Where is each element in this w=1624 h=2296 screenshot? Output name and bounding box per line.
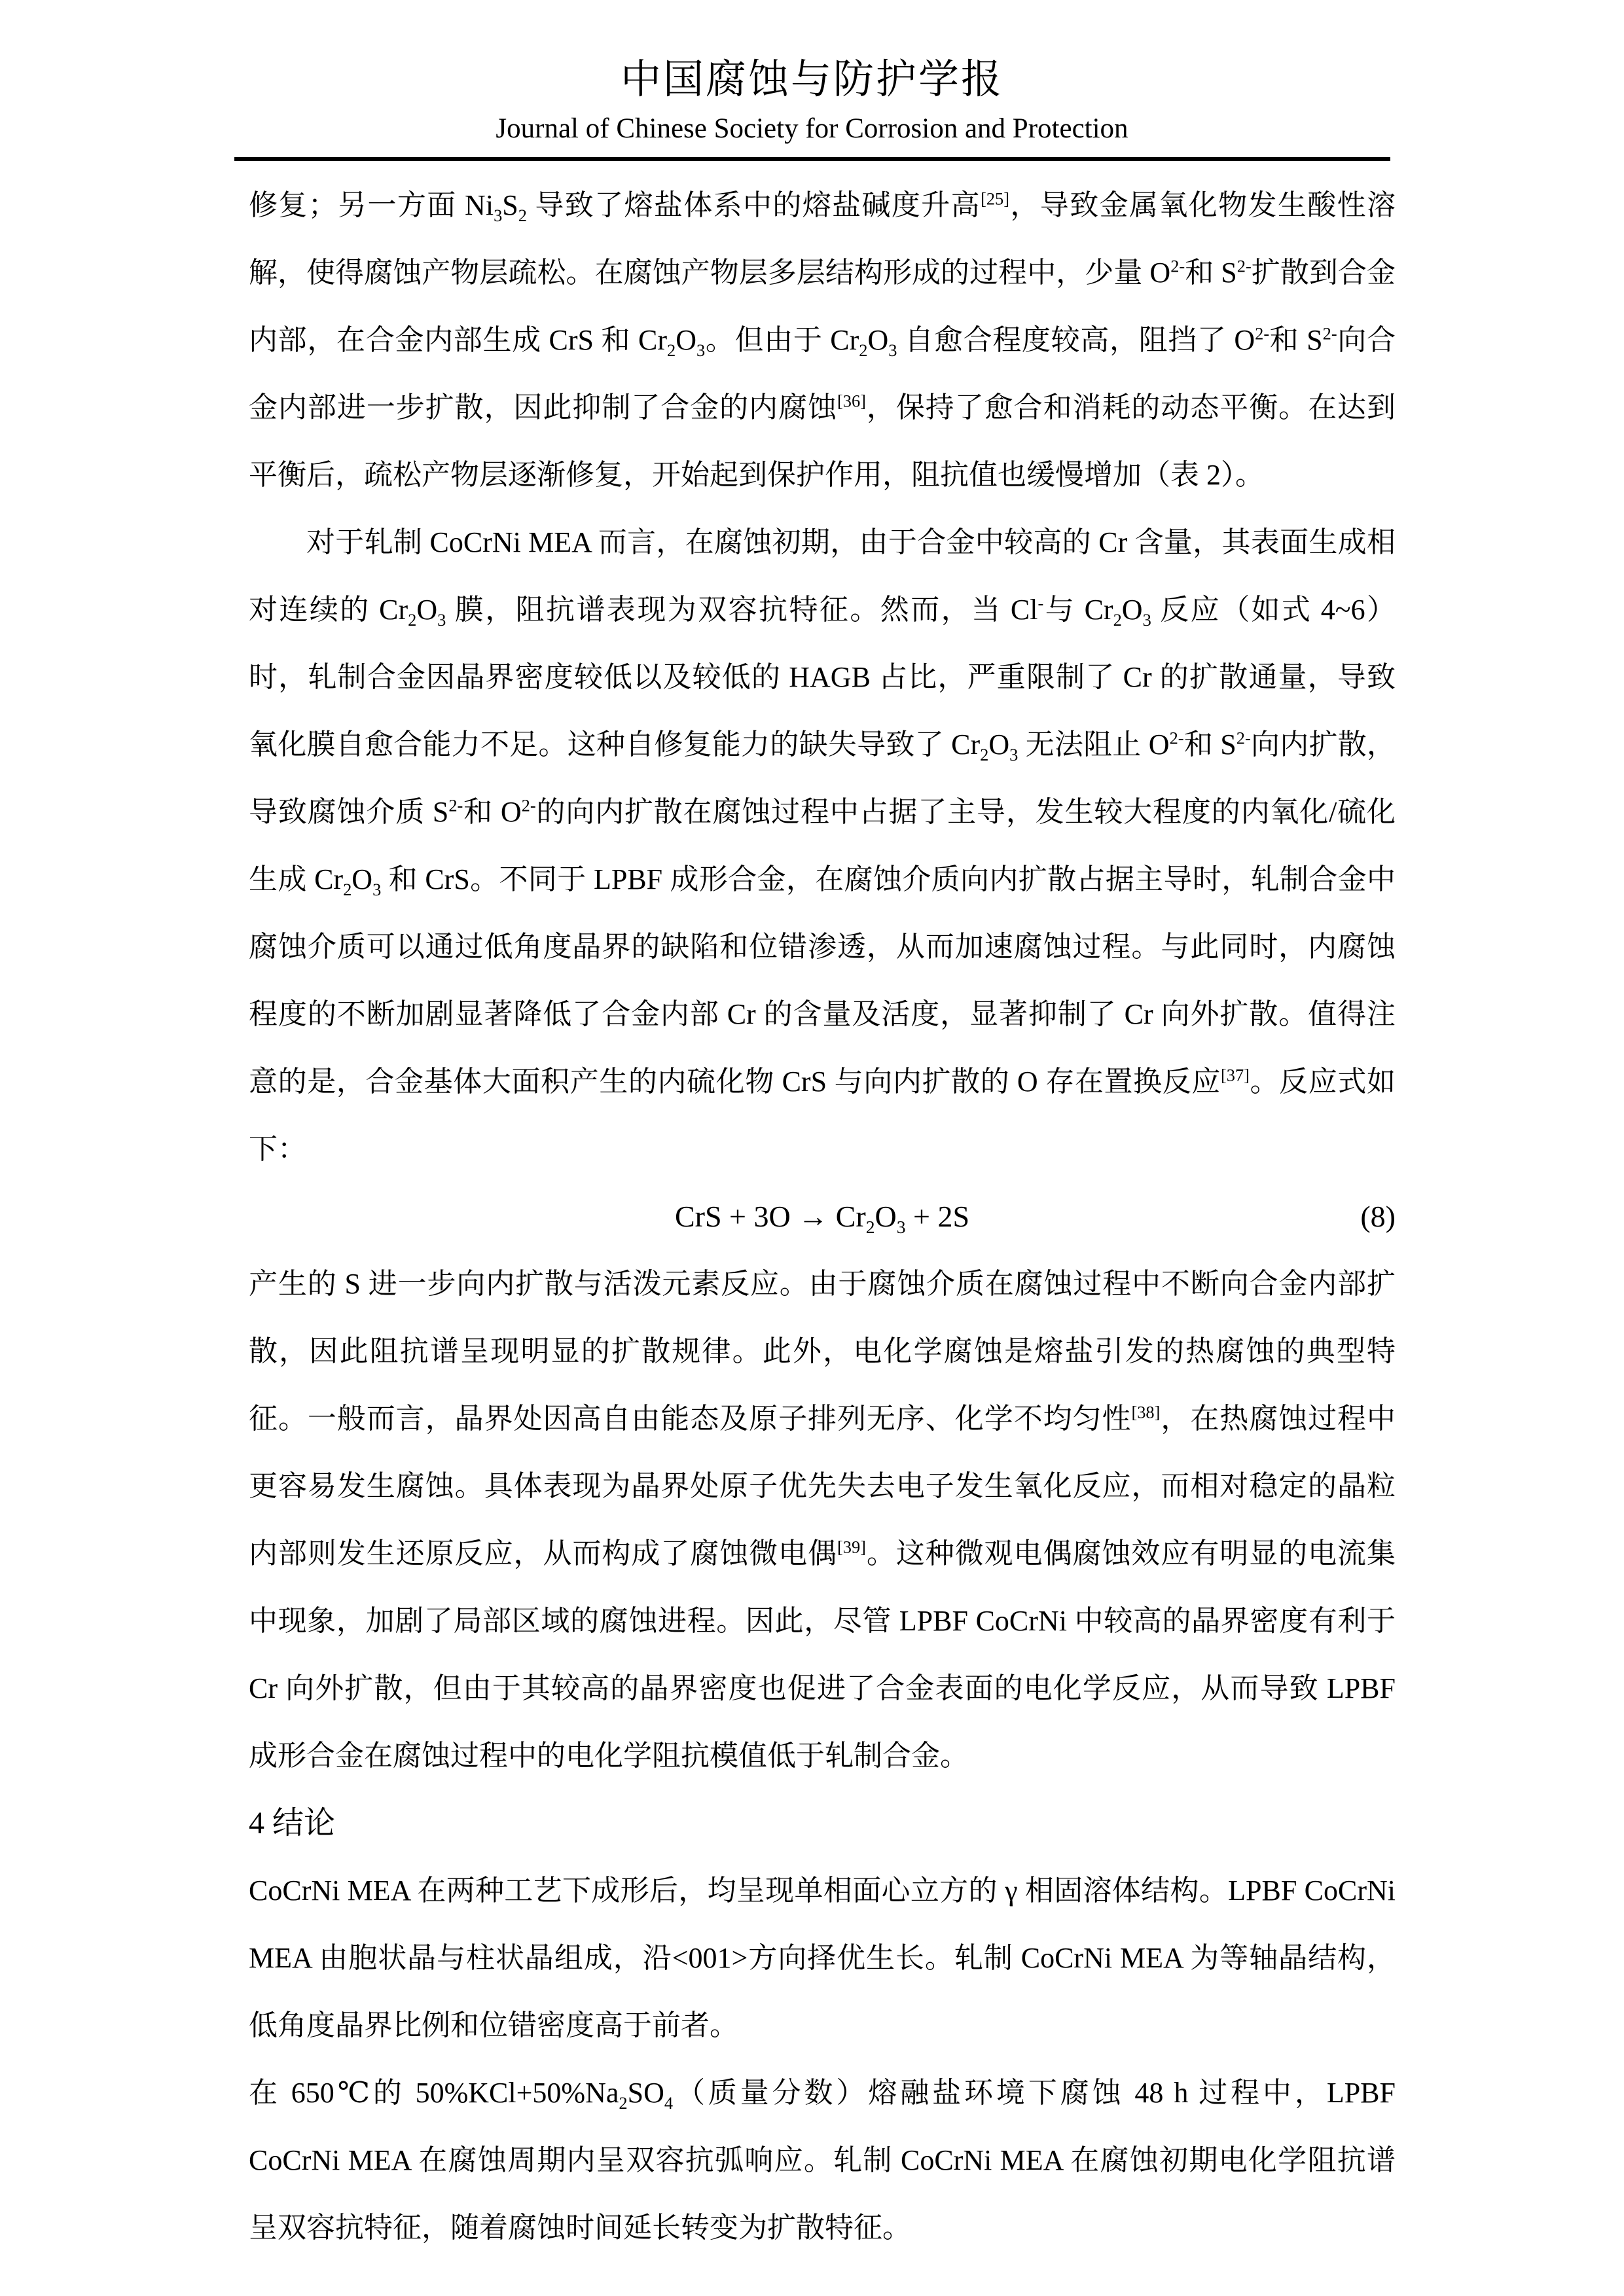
equation-8-number: (8) (1360, 1183, 1396, 1250)
paragraph-discussion-2: 对于轧制 CoCrNi MEA 而言，在腐蚀初期，由于合金中较高的 Cr 含量，… (249, 509, 1396, 1183)
journal-header: 中国腐蚀与防护学报 Journal of Chinese Society for… (0, 0, 1624, 161)
journal-title-zh: 中国腐蚀与防护学报 (0, 54, 1624, 106)
paragraph-conclusion-1: CoCrNi MEA 在两种工艺下成形后，均呈现单相面心立方的 γ 相固溶体结构… (249, 1857, 1396, 2059)
equation-8-line: CrS + 3O → Cr2O3 + 2S (8) (249, 1183, 1396, 1250)
header-rule (234, 157, 1390, 161)
section-heading-conclusion: 4 结论 (249, 1789, 1396, 1857)
journal-title-en: Journal of Chinese Society for Corrosion… (0, 111, 1624, 147)
journal-manuscript-page: 中国腐蚀与防护学报 Journal of Chinese Society for… (0, 0, 1624, 2296)
manuscript-body: 修复；另一方面 Ni3S2 导致了熔盐体系中的熔盐碱度升高[25]，导致金属氧化… (249, 171, 1396, 2261)
paragraph-discussion-3: 产生的 S 进一步向内扩散与活泼元素反应。由于腐蚀介质在腐蚀过程中不断向合金内部… (249, 1250, 1396, 1789)
paragraph-discussion-1: 修复；另一方面 Ni3S2 导致了熔盐体系中的熔盐碱度升高[25]，导致金属氧化… (249, 171, 1396, 509)
equation-8-expression: CrS + 3O → Cr2O3 + 2S (675, 1183, 969, 1250)
paragraph-conclusion-2: 在 650℃的 50%KCl+50%Na2SO4（质量分数）熔融盐环境下腐蚀 4… (249, 2059, 1396, 2261)
